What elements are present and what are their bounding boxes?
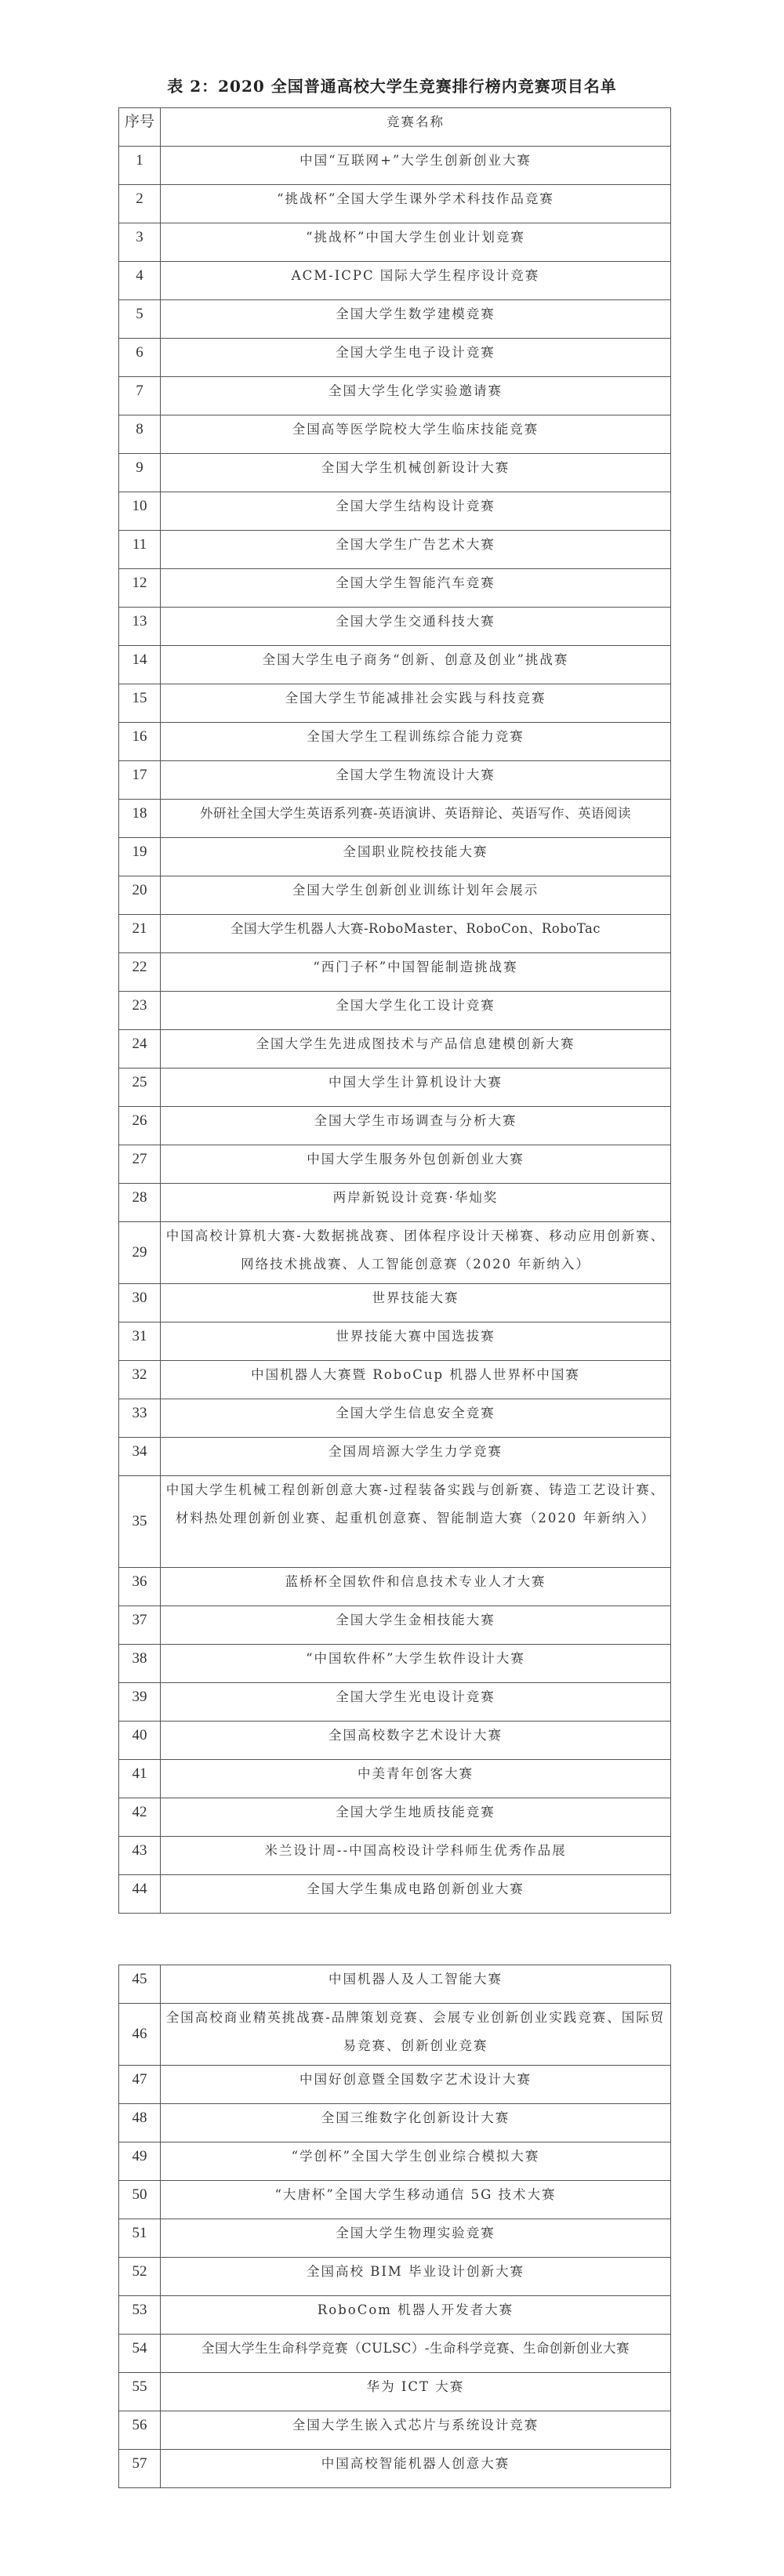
competition-name-cell: 蓝桥杯全国软件和信息技术专业人才大赛 xyxy=(161,1568,671,1606)
competition-name-cell: 全国大学生交通科技大赛 xyxy=(161,608,671,646)
table-row: 55华为 ICT 大赛 xyxy=(119,2373,671,2411)
competition-name-cell: 全国大学生物流设计大赛 xyxy=(161,761,671,800)
table-row: 27中国大学生服务外包创新创业大赛 xyxy=(119,1145,671,1184)
competition-name-cell: 中国大学生计算机设计大赛 xyxy=(161,1068,671,1107)
competition-name-cell: “挑战杯”中国大学生创业计划竞赛 xyxy=(161,223,671,262)
competition-table-part-2: 45中国机器人及人工智能大赛46全国高校商业精英挑战赛-品牌策划竞赛、会展专业创… xyxy=(118,1965,671,2488)
serial-number-cell: 6 xyxy=(119,339,161,377)
serial-number-cell: 18 xyxy=(119,800,161,838)
table-title: 表 2：2020 全国普通高校大学生竞赛排行榜内竞赛项目名单 xyxy=(0,74,784,96)
competition-name-cell: 全国大学生市场调查与分析大赛 xyxy=(161,1107,671,1145)
competition-name-cell: 全国大学生金相技能大赛 xyxy=(161,1606,671,1645)
competition-name-cell: 全国大学生创新创业训练计划年会展示 xyxy=(161,876,671,915)
table-row: 43米兰设计周--中国高校设计学科师生优秀作品展 xyxy=(119,1837,671,1875)
competition-name-cell: 全国大学生电子商务“创新、创意及创业”挑战赛 xyxy=(161,646,671,684)
serial-number-cell: 54 xyxy=(119,2335,161,2373)
table-row: 31世界技能大赛中国选拔赛 xyxy=(119,1322,671,1361)
serial-number-cell: 55 xyxy=(119,2373,161,2411)
competition-name-cell: 全国职业院校技能大赛 xyxy=(161,838,671,876)
table-row: 40全国高校数字艺术设计大赛 xyxy=(119,1722,671,1760)
competition-name-cell: 外研社全国大学生英语系列赛-英语演讲、英语辩论、英语写作、英语阅读 xyxy=(161,800,671,838)
table-row: 54全国大学生生命科学竞赛（CULSC）-生命科学竞赛、生命创新创业大赛 xyxy=(119,2335,671,2373)
table-row: 7全国大学生化学实验邀请赛 xyxy=(119,377,671,415)
competition-name-cell: 中国高校智能机器人创意大赛 xyxy=(161,2450,671,2488)
table-row: 5全国大学生数学建模竞赛 xyxy=(119,300,671,339)
serial-number-cell: 48 xyxy=(119,2104,161,2142)
table-body-part-2: 45中国机器人及人工智能大赛46全国高校商业精英挑战赛-品牌策划竞赛、会展专业创… xyxy=(119,1965,671,2488)
serial-number-cell: 50 xyxy=(119,2181,161,2219)
serial-number-cell: 57 xyxy=(119,2450,161,2488)
table-row: 49“学创杯”全国大学生创业综合模拟大赛 xyxy=(119,2142,671,2181)
table-row: 13全国大学生交通科技大赛 xyxy=(119,608,671,646)
serial-number-cell: 5 xyxy=(119,300,161,339)
table-row: 23全国大学生化工设计竞赛 xyxy=(119,992,671,1030)
serial-number-cell: 24 xyxy=(119,1030,161,1068)
table-row: 2“挑战杯”全国大学生课外学术科技作品竞赛 xyxy=(119,185,671,223)
serial-number-cell: 9 xyxy=(119,454,161,492)
serial-number-cell: 34 xyxy=(119,1438,161,1476)
serial-number-cell: 2 xyxy=(119,185,161,223)
serial-number-cell: 14 xyxy=(119,646,161,684)
competition-name-cell: 中国机器人大赛暨 RoboCup 机器人世界杯中国赛 xyxy=(161,1361,671,1399)
table-row: 19全国职业院校技能大赛 xyxy=(119,838,671,876)
competition-name-cell: 全国大学生地质技能竞赛 xyxy=(161,1798,671,1837)
table-row: 4ACM-ICPC 国际大学生程序设计竞赛 xyxy=(119,262,671,300)
serial-number-cell: 19 xyxy=(119,838,161,876)
serial-number-cell: 47 xyxy=(119,2066,161,2104)
competition-name-cell: 全国高等医学院校大学生临床技能竞赛 xyxy=(161,415,671,454)
serial-number-cell: 43 xyxy=(119,1837,161,1875)
table-row: 39全国大学生光电设计竞赛 xyxy=(119,1683,671,1722)
serial-number-cell: 37 xyxy=(119,1606,161,1645)
table-row: 22“西门子杯”中国智能制造挑战赛 xyxy=(119,953,671,992)
competition-name-cell: 全国大学生结构设计竞赛 xyxy=(161,492,671,531)
competition-name-cell: “学创杯”全国大学生创业综合模拟大赛 xyxy=(161,2142,671,2181)
serial-number-cell: 31 xyxy=(119,1322,161,1361)
table-row: 10全国大学生结构设计竞赛 xyxy=(119,492,671,531)
table-row: 41中美青年创客大赛 xyxy=(119,1760,671,1798)
serial-number-cell: 26 xyxy=(119,1107,161,1145)
serial-number-cell: 7 xyxy=(119,377,161,415)
serial-number-cell: 12 xyxy=(119,569,161,608)
table-row: 50“大唐杯”全国大学生移动通信 5G 技术大赛 xyxy=(119,2181,671,2219)
competition-name-cell: 中国好创意暨全国数字艺术设计大赛 xyxy=(161,2066,671,2104)
serial-number-cell: 36 xyxy=(119,1568,161,1606)
table-row: 14全国大学生电子商务“创新、创意及创业”挑战赛 xyxy=(119,646,671,684)
table-header-row: 序号 竞赛名称 xyxy=(119,108,671,147)
serial-number-cell: 45 xyxy=(119,1965,161,2004)
serial-number-cell: 22 xyxy=(119,953,161,992)
serial-number-cell: 1 xyxy=(119,147,161,185)
competition-name-cell: 全国大学生信息安全竞赛 xyxy=(161,1399,671,1438)
table-row: 1中国“互联网+”大学生创新创业大赛 xyxy=(119,147,671,185)
competition-name-cell: 华为 ICT 大赛 xyxy=(161,2373,671,2411)
table-row: 36蓝桥杯全国软件和信息技术专业人才大赛 xyxy=(119,1568,671,1606)
competition-name-cell: 中国大学生机械工程创新创意大赛-过程装备实践与创新赛、铸造工艺设计赛、材料热处理… xyxy=(161,1476,671,1568)
table-row: 44全国大学生集成电路创新创业大赛 xyxy=(119,1875,671,1914)
competition-name-cell: 中国高校计算机大赛-大数据挑战赛、团体程序设计天梯赛、移动应用创新赛、网络技术挑… xyxy=(161,1222,671,1284)
table-row: 47中国好创意暨全国数字艺术设计大赛 xyxy=(119,2066,671,2104)
table-row: 12全国大学生智能汽车竞赛 xyxy=(119,569,671,608)
serial-number-cell: 40 xyxy=(119,1722,161,1760)
table-row: 8全国高等医学院校大学生临床技能竞赛 xyxy=(119,415,671,454)
competition-name-cell: 全国大学生物理实验竞赛 xyxy=(161,2219,671,2258)
table-row: 28两岸新锐设计竞赛·华灿奖 xyxy=(119,1184,671,1222)
competition-name-cell: 中国大学生服务外包创新创业大赛 xyxy=(161,1145,671,1184)
competition-name-cell: 中美青年创客大赛 xyxy=(161,1760,671,1798)
competition-name-cell: 全国周培源大学生力学竞赛 xyxy=(161,1438,671,1476)
competition-name-cell: 全国大学生光电设计竞赛 xyxy=(161,1683,671,1722)
table-row: 35中国大学生机械工程创新创意大赛-过程装备实践与创新赛、铸造工艺设计赛、材料热… xyxy=(119,1476,671,1568)
serial-number-cell: 21 xyxy=(119,915,161,953)
table-row: 56全国大学生嵌入式芯片与系统设计竞赛 xyxy=(119,2411,671,2450)
competition-name-cell: 中国“互联网+”大学生创新创业大赛 xyxy=(161,147,671,185)
competition-name-cell: 全国大学生电子设计竞赛 xyxy=(161,339,671,377)
competition-name-cell: 全国大学生集成电路创新创业大赛 xyxy=(161,1875,671,1914)
serial-number-cell: 41 xyxy=(119,1760,161,1798)
serial-number-cell: 13 xyxy=(119,608,161,646)
serial-number-cell: 16 xyxy=(119,723,161,761)
competition-name-cell: 全国大学生化学实验邀请赛 xyxy=(161,377,671,415)
competition-name-cell: 中国机器人及人工智能大赛 xyxy=(161,1965,671,2004)
competition-name-cell: 全国大学生智能汽车竞赛 xyxy=(161,569,671,608)
table-row: 51全国大学生物理实验竞赛 xyxy=(119,2219,671,2258)
serial-number-cell: 44 xyxy=(119,1875,161,1914)
competition-name-cell: “西门子杯”中国智能制造挑战赛 xyxy=(161,953,671,992)
table-row: 57中国高校智能机器人创意大赛 xyxy=(119,2450,671,2488)
competition-name-cell: 全国大学生嵌入式芯片与系统设计竞赛 xyxy=(161,2411,671,2450)
competition-name-cell: RoboCom 机器人开发者大赛 xyxy=(161,2296,671,2335)
table-row: 52全国高校 BIM 毕业设计创新大赛 xyxy=(119,2258,671,2296)
competition-name-cell: 全国高校数字艺术设计大赛 xyxy=(161,1722,671,1760)
serial-number-cell: 20 xyxy=(119,876,161,915)
serial-number-cell: 25 xyxy=(119,1068,161,1107)
serial-number-cell: 39 xyxy=(119,1683,161,1722)
serial-number-cell: 17 xyxy=(119,761,161,800)
competition-name-cell: 全国大学生先进成图技术与产品信息建模创新大赛 xyxy=(161,1030,671,1068)
serial-number-cell: 35 xyxy=(119,1476,161,1568)
competition-name-cell: “大唐杯”全国大学生移动通信 5G 技术大赛 xyxy=(161,2181,671,2219)
serial-number-cell: 15 xyxy=(119,684,161,723)
serial-number-cell: 30 xyxy=(119,1284,161,1322)
competition-name-cell: “挑战杯”全国大学生课外学术科技作品竞赛 xyxy=(161,185,671,223)
competition-name-cell: 全国大学生机械创新设计大赛 xyxy=(161,454,671,492)
competition-name-cell: 两岸新锐设计竞赛·华灿奖 xyxy=(161,1184,671,1222)
competition-name-cell: 世界技能大赛 xyxy=(161,1284,671,1322)
table-row: 21全国大学生机器人大赛-RoboMaster、RoboCon、RoboTac xyxy=(119,915,671,953)
serial-number-cell: 46 xyxy=(119,2004,161,2066)
serial-number-cell: 49 xyxy=(119,2142,161,2181)
header-competition-name: 竞赛名称 xyxy=(161,108,671,147)
serial-number-cell: 28 xyxy=(119,1184,161,1222)
competition-name-cell: 全国大学生工程训练综合能力竞赛 xyxy=(161,723,671,761)
table-row: 53RoboCom 机器人开发者大赛 xyxy=(119,2296,671,2335)
competition-name-cell: 全国高校 BIM 毕业设计创新大赛 xyxy=(161,2258,671,2296)
table-row: 42全国大学生地质技能竞赛 xyxy=(119,1798,671,1837)
competition-name-cell: 米兰设计周--中国高校设计学科师生优秀作品展 xyxy=(161,1837,671,1875)
table-row: 6全国大学生电子设计竞赛 xyxy=(119,339,671,377)
serial-number-cell: 33 xyxy=(119,1399,161,1438)
table-row: 20全国大学生创新创业训练计划年会展示 xyxy=(119,876,671,915)
competition-name-cell: 全国大学生数学建模竞赛 xyxy=(161,300,671,339)
table-row: 30世界技能大赛 xyxy=(119,1284,671,1322)
competition-name-cell: 全国大学生生命科学竞赛（CULSC）-生命科学竞赛、生命创新创业大赛 xyxy=(161,2335,671,2373)
competition-name-cell: 全国大学生节能减排社会实践与科技竞赛 xyxy=(161,684,671,723)
serial-number-cell: 23 xyxy=(119,992,161,1030)
header-serial-number: 序号 xyxy=(119,108,161,147)
table-row: 37全国大学生金相技能大赛 xyxy=(119,1606,671,1645)
serial-number-cell: 10 xyxy=(119,492,161,531)
table-row: 32中国机器人大赛暨 RoboCup 机器人世界杯中国赛 xyxy=(119,1361,671,1399)
serial-number-cell: 29 xyxy=(119,1222,161,1284)
table-row: 18外研社全国大学生英语系列赛-英语演讲、英语辩论、英语写作、英语阅读 xyxy=(119,800,671,838)
serial-number-cell: 51 xyxy=(119,2219,161,2258)
table-row: 45中国机器人及人工智能大赛 xyxy=(119,1965,671,2004)
table-row: 11全国大学生广告艺术大赛 xyxy=(119,531,671,569)
serial-number-cell: 56 xyxy=(119,2411,161,2450)
serial-number-cell: 38 xyxy=(119,1645,161,1683)
table-row: 15全国大学生节能减排社会实践与科技竞赛 xyxy=(119,684,671,723)
competition-name-cell: 全国大学生机器人大赛-RoboMaster、RoboCon、RoboTac xyxy=(161,915,671,953)
serial-number-cell: 42 xyxy=(119,1798,161,1837)
serial-number-cell: 8 xyxy=(119,415,161,454)
competition-name-cell: ACM-ICPC 国际大学生程序设计竞赛 xyxy=(161,262,671,300)
table-row: 48全国三维数字化创新设计大赛 xyxy=(119,2104,671,2142)
table-row: 29中国高校计算机大赛-大数据挑战赛、团体程序设计天梯赛、移动应用创新赛、网络技… xyxy=(119,1222,671,1284)
competition-name-cell: 世界技能大赛中国选拔赛 xyxy=(161,1322,671,1361)
table-body-part-1: 1中国“互联网+”大学生创新创业大赛2“挑战杯”全国大学生课外学术科技作品竞赛3… xyxy=(119,147,671,1914)
table-row: 9全国大学生机械创新设计大赛 xyxy=(119,454,671,492)
table-row: 16全国大学生工程训练综合能力竞赛 xyxy=(119,723,671,761)
serial-number-cell: 53 xyxy=(119,2296,161,2335)
table-row: 33全国大学生信息安全竞赛 xyxy=(119,1399,671,1438)
table-row: 17全国大学生物流设计大赛 xyxy=(119,761,671,800)
table-row: 46全国高校商业精英挑战赛-品牌策划竞赛、会展专业创新创业实践竞赛、国际贸易竞赛… xyxy=(119,2004,671,2066)
competition-name-cell: “中国软件杯”大学生软件设计大赛 xyxy=(161,1645,671,1683)
competition-table-part-1: 序号 竞赛名称 1中国“互联网+”大学生创新创业大赛2“挑战杯”全国大学生课外学… xyxy=(118,107,671,1914)
table-row: 34全国周培源大学生力学竞赛 xyxy=(119,1438,671,1476)
serial-number-cell: 4 xyxy=(119,262,161,300)
table-row: 25中国大学生计算机设计大赛 xyxy=(119,1068,671,1107)
serial-number-cell: 27 xyxy=(119,1145,161,1184)
table-row: 3“挑战杯”中国大学生创业计划竞赛 xyxy=(119,223,671,262)
competition-name-cell: 全国大学生广告艺术大赛 xyxy=(161,531,671,569)
competition-name-cell: 全国大学生化工设计竞赛 xyxy=(161,992,671,1030)
competition-name-cell: 全国高校商业精英挑战赛-品牌策划竞赛、会展专业创新创业实践竞赛、国际贸易竞赛、创… xyxy=(161,2004,671,2066)
table-row: 24全国大学生先进成图技术与产品信息建模创新大赛 xyxy=(119,1030,671,1068)
competition-name-cell: 全国三维数字化创新设计大赛 xyxy=(161,2104,671,2142)
serial-number-cell: 11 xyxy=(119,531,161,569)
serial-number-cell: 3 xyxy=(119,223,161,262)
serial-number-cell: 52 xyxy=(119,2258,161,2296)
serial-number-cell: 32 xyxy=(119,1361,161,1399)
table-row: 38“中国软件杯”大学生软件设计大赛 xyxy=(119,1645,671,1683)
table-row: 26全国大学生市场调查与分析大赛 xyxy=(119,1107,671,1145)
